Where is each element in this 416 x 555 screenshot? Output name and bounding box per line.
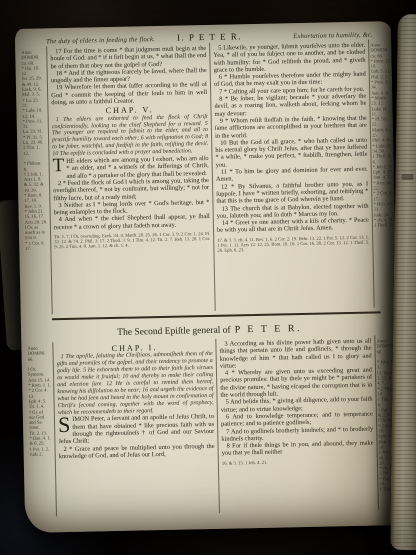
footnote-references: 16. & 3. 13. 1 Joh. 4. 21. bbox=[222, 457, 374, 465]
verse-paragraph: 4 And when * the chief Shepherd ſhall ap… bbox=[54, 213, 210, 231]
verse-paragraph: 19 Wherefore let them that ſuffer accord… bbox=[51, 81, 207, 106]
footnote-references: 17. & 3. 3. ch. 4. 11. Rev. 1. 6. 2 Cor.… bbox=[217, 234, 369, 253]
margin-notes-left: Anno DOMINI 66. ‖ Or, Symeon. Acts 15. 1… bbox=[26, 342, 56, 517]
verse-text: IMON Peter, a ſervant and an apoſtle of … bbox=[58, 413, 214, 445]
facing-page-edge bbox=[390, 14, 416, 550]
verse-paragraph: 12 * By Silvanus, a faithful brother unt… bbox=[216, 180, 368, 205]
drop-cap-letter: T bbox=[52, 158, 66, 173]
chapter-argument: 1 The apoſtle, ſaluting the Chriſtians, … bbox=[57, 351, 214, 416]
column-left: 17 For the time is come * that judgment … bbox=[46, 43, 216, 314]
photo-background: The duty of elders in feeding the flock.… bbox=[0, 0, 416, 555]
verse-paragraph-dropcap: SIMON Peter, a ſervant and an apoſtle of… bbox=[58, 413, 215, 445]
running-head-book-title: I. P E T E R. bbox=[171, 31, 248, 43]
verse-paragraph: 9 * Whom reſiſt ſtedfaſt in the faith, *… bbox=[215, 115, 367, 140]
verse-paragraph: 5 Likewiſe, ye younger, ſubmit yourſelve… bbox=[213, 42, 366, 74]
epistle-title-prefix: The Second Epiſtle general of bbox=[117, 326, 231, 338]
column-right: 3 According as his divine power hath giv… bbox=[216, 336, 379, 513]
bible-page: The duty of elders in feeding the flock.… bbox=[15, 21, 401, 533]
epistle-title-name: P E T E R. bbox=[235, 323, 303, 335]
facing-page-text-smudge bbox=[401, 174, 413, 180]
verse-paragraph: 10 But the God of all grace, * who hath … bbox=[215, 136, 368, 168]
margin-notes-right: Anno DOMINI cir. 60. * Rom. 12. 10. Eph.… bbox=[369, 39, 397, 307]
section-second-peter: Anno DOMINI 66. ‖ Or, Symeon. Acts 15. 1… bbox=[26, 335, 397, 517]
footnote-references: Tit. 1. 7. ‖ Or, overruling. Ezek. 34. 4… bbox=[54, 231, 210, 250]
verse-paragraph: 2 * Grace and peace be multiplied unto y… bbox=[59, 443, 215, 461]
verse-paragraph: 8 For if theſe things be in you, and abo… bbox=[221, 440, 373, 458]
section-first-peter: Anno DOMINI cir. 60. * Iſai. 10. 12. Jer… bbox=[20, 39, 393, 315]
column-right: 5 Likewiſe, ye younger, ſubmit yourſelve… bbox=[210, 40, 375, 311]
verse-paragraph: 3 According as his divine power hath giv… bbox=[219, 338, 372, 370]
column-left: CHAP. I. 1 The apoſtle, ſaluting the Chr… bbox=[52, 339, 220, 516]
drop-cap-letter: S bbox=[58, 416, 73, 433]
verse-paragraph: 4 * Whereby are given unto us exceeding … bbox=[220, 367, 373, 399]
chapter-argument: 1 The elders are exhorted to feed the fl… bbox=[52, 114, 209, 159]
verse-text: HE elders which are among you I exhort, … bbox=[66, 155, 209, 180]
verse-paragraph: 14 * Greet ye one another with a kiſs of… bbox=[217, 217, 369, 235]
verse-paragraph: 8 * Be ſober, be vigilant; becauſe * you… bbox=[214, 93, 366, 118]
